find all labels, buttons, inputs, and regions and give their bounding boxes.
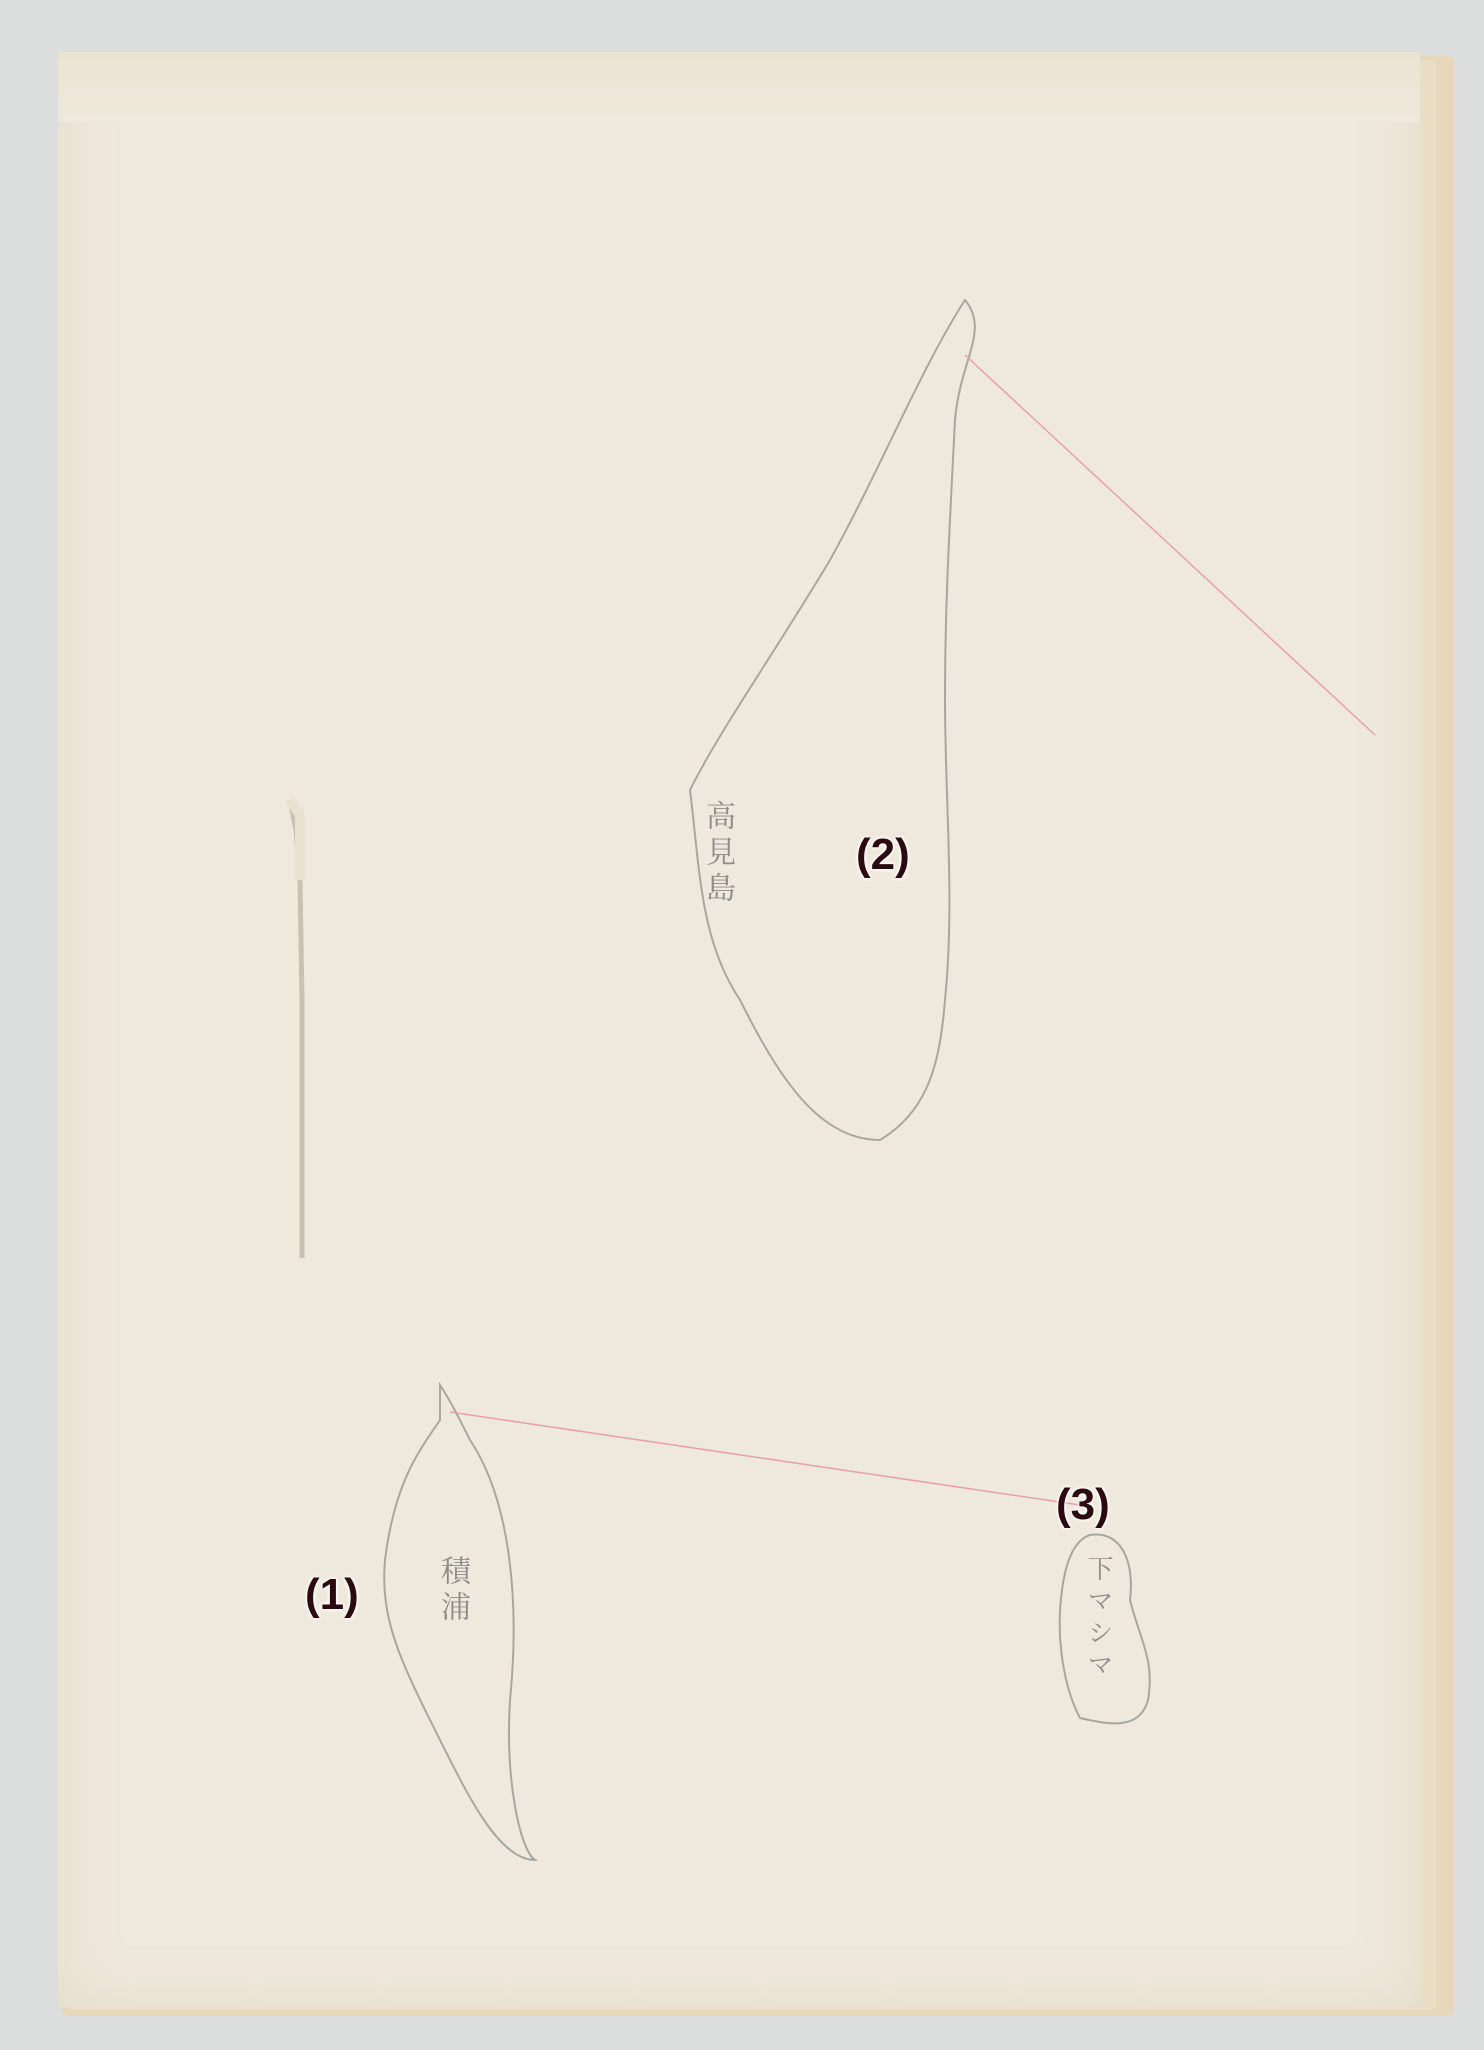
sketch-overlay <box>0 0 1484 2050</box>
annotation-label-3: (3) <box>1056 1480 1110 1530</box>
red-guide-line <box>450 1412 1080 1505</box>
annotation-label-1: (1) <box>305 1570 359 1620</box>
pencil-text-3: 下マシマ <box>1080 1555 1117 1683</box>
red-guide-line <box>965 355 1375 735</box>
annotation-label-2: (2) <box>856 830 910 880</box>
pencil-text-2: 高見島 <box>695 800 739 908</box>
pencil-text-1: 積浦 <box>430 1555 474 1627</box>
island-2-outline <box>690 300 975 1140</box>
